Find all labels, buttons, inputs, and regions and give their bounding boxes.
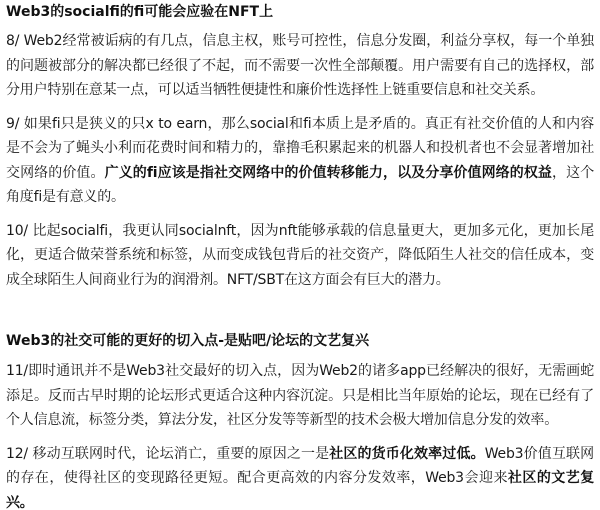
- paragraph-9: 9/ 如果fi只是狭义的只x to earn，那么social和fi本质上是矛盾…: [6, 112, 594, 210]
- paragraph-text: 11/即时通讯并不是Web3社交最好的切入点，因为Web2的诸多app已经解决的…: [6, 363, 594, 428]
- paragraph-text: 12/ 移动互联网时代，论坛消亡，重要的原因之一是: [6, 446, 329, 462]
- paragraph-12: 12/ 移动互联网时代，论坛消亡，重要的原因之一是社区的货币化效率过低。Web3…: [6, 442, 594, 510]
- emphasis-text: 广义的fi应该是指社交网络中的价值转移能力，以及分享价值网络的权益: [105, 165, 552, 181]
- article: Web3的socialfi的fi可能会应验在NFT上 8/ Web2经常被诟病的…: [0, 0, 600, 510]
- paragraph-10: 10/ 比起socialfi，我更认同socialnft，因为nft能够承载的信…: [6, 219, 594, 293]
- emphasis-text: 社区的货币化效率过低。: [329, 446, 484, 462]
- paragraph-text: 8/ Web2经常被诟病的有几点，信息主权，账号可控性，信息分发圈，利益分享权，…: [6, 33, 594, 98]
- paragraph-8: 8/ Web2经常被诟病的有几点，信息主权，账号可控性，信息分发圈，利益分享权，…: [6, 29, 594, 103]
- section-heading-socialfi: Web3的socialfi的fi可能会应验在NFT上: [6, 0, 594, 22]
- paragraph-text: 10/ 比起socialfi，我更认同socialnft，因为nft能够承载的信…: [6, 223, 594, 288]
- paragraph-11: 11/即时通讯并不是Web3社交最好的切入点，因为Web2的诸多app已经解决的…: [6, 359, 594, 433]
- section-heading-forum-renaissance: Web3的社交可能的更好的切入点-是贴吧/论坛的文艺复兴: [6, 331, 594, 351]
